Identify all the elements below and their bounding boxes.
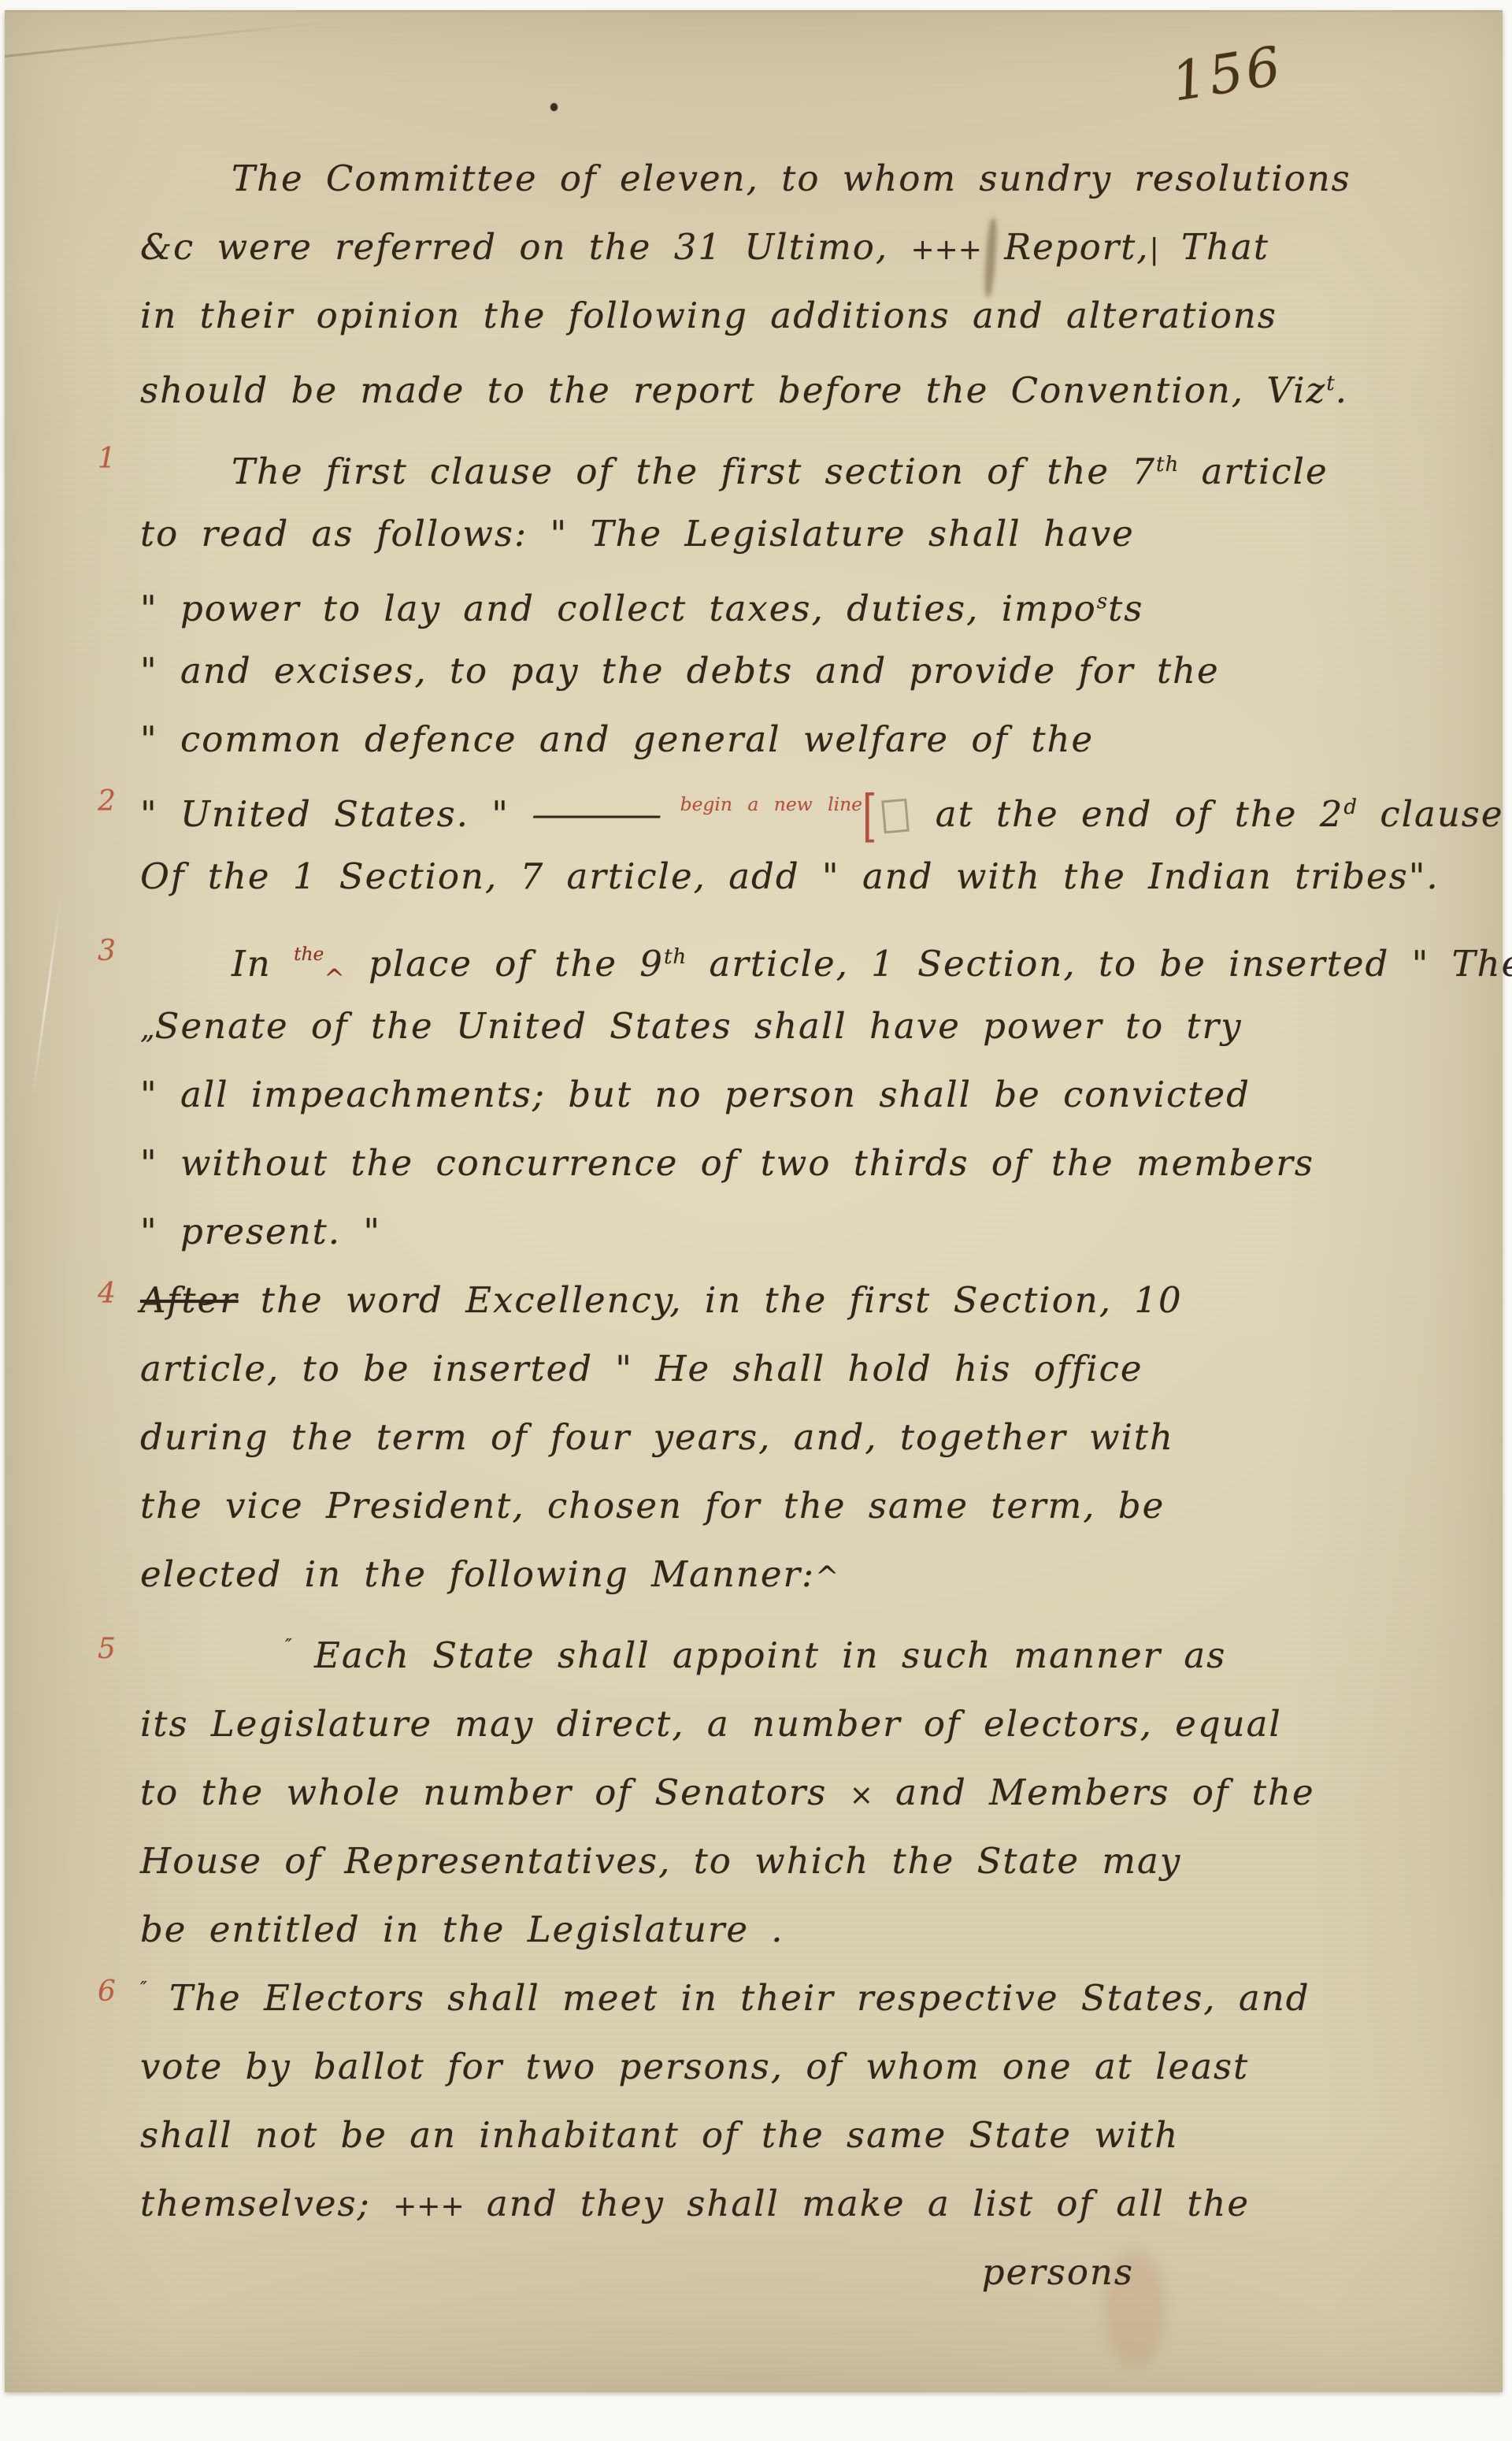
- catchword-line: persons: [5, 2238, 1503, 2306]
- line-text: to the whole number of Senators × and Me…: [140, 1771, 1315, 1813]
- text-segment: .: [1336, 369, 1348, 411]
- line-text: " United States. " ———— begin a new line…: [140, 793, 1504, 835]
- manuscript-line: " all impeachments; but no person shall …: [5, 1060, 1503, 1129]
- margin-number: 3: [98, 937, 116, 966]
- manuscript-line: " and excises, to pay the debts and prov…: [5, 636, 1503, 705]
- text-segment: during the term of four years, and, toge…: [140, 1416, 1174, 1458]
- text-segment: After: [140, 1279, 239, 1321]
- line-text: to read as follows: " The Legislature sh…: [140, 513, 1135, 555]
- line-text: House of Representatives, to which the S…: [140, 1840, 1181, 1882]
- text-segment: the vice President, chosen for the same …: [140, 1485, 1165, 1527]
- text-segment: |: [1150, 234, 1159, 266]
- line-text: " common defence and general welfare of …: [140, 718, 1094, 760]
- text-segment: d: [1343, 796, 1358, 819]
- text-segment: to read as follows: " The Legislature sh…: [140, 513, 1135, 555]
- line-text: article, to be inserted " He shall hold …: [140, 1348, 1143, 1389]
- text-segment: and they shall make a list of all the: [465, 2183, 1250, 2224]
- line-text: The first clause of the first section of…: [232, 451, 1329, 492]
- manuscript-line: 4After the word Excellency, in the first…: [5, 1266, 1503, 1334]
- text-segment: In: [232, 943, 294, 985]
- text-segment: " without the concurrence of two thirds …: [140, 1142, 1314, 1184]
- manuscript-line: 1The first clause of the first section o…: [5, 431, 1503, 499]
- text-segment: at the end of the 2: [913, 793, 1343, 835]
- text-segment: th: [1156, 453, 1179, 477]
- insert-mark: ×: [850, 1779, 873, 1812]
- line-text: ″ Each State shall appoint in such manne…: [285, 1634, 1226, 1676]
- manuscript-line: 2" United States. " ———— begin a new lin…: [5, 773, 1503, 842]
- manuscript-line: 6″ The Electors shall meet in their resp…: [5, 1964, 1503, 2032]
- text-segment: in their opinion the following additions…: [140, 295, 1277, 336]
- manuscript-line: " without the concurrence of two thirds …: [5, 1129, 1503, 1197]
- line-text: in their opinion the following additions…: [140, 295, 1277, 336]
- text-segment: article, 1 Section, to be inserted " The: [687, 943, 1512, 985]
- manuscript-line: The Committee of eleven, to whom sundry …: [5, 144, 1503, 213]
- insertion-mark: +++: [393, 2191, 465, 2223]
- margin-number: 4: [98, 1280, 116, 1308]
- manuscript-line: House of Representatives, to which the S…: [5, 1827, 1503, 1895]
- text-segment: " and excises, to pay the debts and prov…: [140, 650, 1220, 692]
- text-segment: " power to lay and collect taxes, duties…: [140, 588, 1097, 629]
- text-segment: its Legislature may direct, a number of …: [140, 1703, 1282, 1745]
- line-text: elected in the following Manner:^: [140, 1553, 839, 1595]
- line-text: Of the 1 Section, 7 article, add " and w…: [140, 855, 1440, 897]
- line-text: its Legislature may direct, a number of …: [140, 1703, 1282, 1745]
- text-segment: place of the 9: [346, 943, 664, 985]
- text-segment: be entitled in the Legislature .: [140, 1909, 784, 1950]
- text-segment: should be made to the report before the …: [140, 369, 1326, 411]
- manuscript-line: to read as follows: " The Legislature sh…: [5, 499, 1503, 568]
- manuscript-line: the vice President, chosen for the same …: [5, 1471, 1503, 1540]
- text-segment: Senate of the United States shall have p…: [155, 1005, 1243, 1047]
- text-segment: article, to be inserted " He shall hold …: [140, 1348, 1143, 1389]
- red-annotation-begin-new-line: begin a new line: [680, 770, 862, 839]
- manuscript-line: Of the 1 Section, 7 article, add " and w…: [5, 842, 1503, 911]
- manuscript-page: 156 The Committee of eleven, to whom sun…: [5, 10, 1503, 2392]
- manuscript-line: „Senate of the United States shall have …: [5, 992, 1503, 1060]
- quote-insert-mark: ″: [140, 1954, 147, 2023]
- line-text: persons: [982, 2251, 1134, 2293]
- text-segment: " present. ": [140, 1211, 381, 1252]
- manuscript-line: during the term of four years, and, toge…: [5, 1403, 1503, 1471]
- text-segment: &c were referred on the 31 Ultimo,: [140, 226, 910, 268]
- manuscript-line: " power to lay and collect taxes, duties…: [5, 568, 1503, 636]
- text-segment: " all impeachments; but no person shall …: [140, 1074, 1251, 1115]
- manuscript-line: shall not be an inhabitant of the same S…: [5, 2101, 1503, 2169]
- line-text: " and excises, to pay the debts and prov…: [140, 650, 1220, 692]
- line-text: shall not be an inhabitant of the same S…: [140, 2114, 1179, 2156]
- text-segment: persons: [982, 2251, 1134, 2293]
- pencil-box-mark: [882, 799, 910, 834]
- line-text: &c were referred on the 31 Ultimo, +++ R…: [140, 226, 1269, 268]
- line-text: The Committee of eleven, to whom sundry …: [232, 158, 1351, 199]
- line-text: be entitled in the Legislature .: [140, 1909, 784, 1950]
- text-segment: article: [1179, 451, 1328, 492]
- text-segment: ————: [532, 793, 658, 835]
- quote-insert-mark: ″: [285, 1612, 292, 1680]
- text-segment: " United States. ": [140, 793, 532, 835]
- manuscript-line: in their opinion the following additions…: [5, 281, 1503, 350]
- margin-number: 2: [98, 788, 116, 816]
- text-segment: clause: [1358, 793, 1503, 835]
- text-segment: That: [1159, 226, 1269, 268]
- ink-dot: [550, 103, 558, 111]
- text-segment: s: [1097, 590, 1108, 614]
- margin-number: 6: [98, 1978, 116, 2006]
- line-text: After the word Excellency, in the first …: [140, 1279, 1183, 1321]
- manuscript-line: its Legislature may direct, a number of …: [5, 1690, 1503, 1758]
- manuscript-line: to the whole number of Senators × and Me…: [5, 1758, 1503, 1827]
- text-segment: t: [1326, 372, 1336, 395]
- text-segment: [658, 793, 680, 835]
- margin-number: 1: [98, 445, 116, 473]
- text-segment: and Members of the: [873, 1771, 1315, 1813]
- insertion-mark: +++: [910, 234, 982, 266]
- line-text: " present. ": [140, 1211, 381, 1252]
- text-segment: shall not be an inhabitant of the same S…: [140, 2114, 1179, 2156]
- line-text: „Senate of the United States shall have …: [140, 1005, 1243, 1047]
- text-segment: " common defence and general welfare of …: [140, 718, 1094, 760]
- text-segment: The Committee of eleven, to whom sundry …: [232, 158, 1351, 199]
- text-segment: the word Excellency, in the first Sectio…: [239, 1279, 1183, 1321]
- paper-crease: [5, 20, 334, 58]
- line-text: ″ The Electors shall meet in their respe…: [140, 1977, 1310, 2019]
- manuscript-line: elected in the following Manner:^: [5, 1540, 1503, 1608]
- text-segment: Of the 1 Section, 7 article, add " and w…: [140, 855, 1440, 897]
- text-segment: Each State shall appoint in such manner …: [292, 1634, 1227, 1676]
- manuscript-line: article, to be inserted " He shall hold …: [5, 1334, 1503, 1403]
- line-text: " all impeachments; but no person shall …: [140, 1074, 1251, 1115]
- line-text: " without the concurrence of two thirds …: [140, 1142, 1314, 1184]
- line-text: In the^ place of the 9th article, 1 Sect…: [232, 943, 1512, 985]
- text-segment: elected in the following Manner:: [140, 1553, 815, 1595]
- line-text: should be made to the report before the …: [140, 369, 1348, 411]
- text-segment: ts: [1108, 588, 1143, 629]
- line-text: vote by ballot for two persons, of whom …: [140, 2046, 1249, 2087]
- red-inserted-word: the: [294, 920, 324, 989]
- text-segment: „: [140, 1013, 155, 1045]
- text-segment: The Electors shall meet in their respect…: [147, 1977, 1310, 2019]
- manuscript-line: vote by ballot for two persons, of whom …: [5, 2032, 1503, 2101]
- line-text: the vice President, chosen for the same …: [140, 1485, 1165, 1527]
- insert-caret-mark: ^: [815, 1561, 839, 1593]
- manuscript-line: " common defence and general welfare of …: [5, 705, 1503, 773]
- line-text: during the term of four years, and, toge…: [140, 1416, 1174, 1458]
- manuscript-lines: The Committee of eleven, to whom sundry …: [5, 144, 1503, 2306]
- manuscript-line: should be made to the report before the …: [5, 350, 1503, 418]
- page-number: 156: [1168, 35, 1288, 113]
- margin-number: 5: [98, 1635, 116, 1664]
- text-segment: th: [664, 945, 687, 969]
- manuscript-line: &c were referred on the 31 Ultimo, +++ R…: [5, 213, 1503, 281]
- manuscript-line: 5″ Each State shall appoint in such mann…: [5, 1621, 1503, 1690]
- text-segment: House of Representatives, to which the S…: [140, 1840, 1181, 1882]
- line-text: themselves; +++ and they shall make a li…: [140, 2183, 1250, 2224]
- manuscript-line: be entitled in the Legislature .: [5, 1895, 1503, 1964]
- text-segment: vote by ballot for two persons, of whom …: [140, 2046, 1249, 2087]
- manuscript-line: themselves; +++ and they shall make a li…: [5, 2169, 1503, 2238]
- text-segment: The first clause of the first section of…: [232, 451, 1156, 492]
- text-segment: Report,: [982, 226, 1150, 268]
- manuscript-line: 3In the^ place of the 9th article, 1 Sec…: [5, 923, 1503, 992]
- manuscript-line: " present. ": [5, 1197, 1503, 1266]
- line-text: " power to lay and collect taxes, duties…: [140, 588, 1143, 629]
- text-segment: to the whole number of Senators: [140, 1771, 850, 1813]
- text-segment: themselves;: [140, 2183, 393, 2224]
